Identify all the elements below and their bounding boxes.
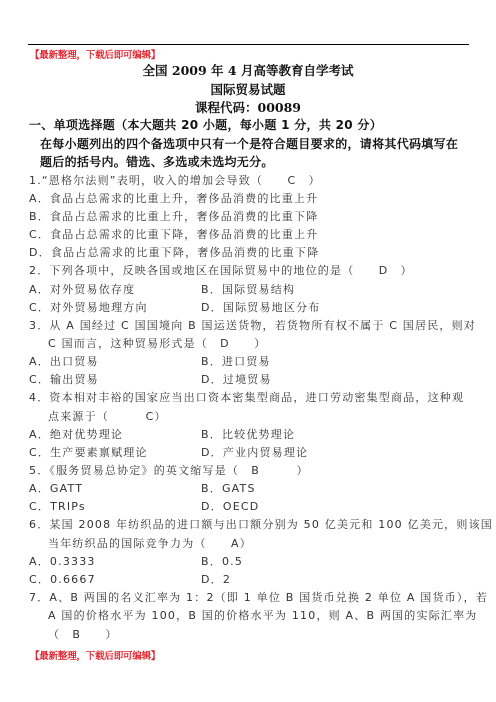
q6-stem-line-1: 6．某国 2008 年纺织品的进口额与出口额分别为 50 亿美元和 100 亿美… bbox=[29, 516, 493, 532]
red-note-bottom: 【最新整理，下载后即可编辑】 bbox=[30, 648, 160, 662]
q2-option-c: C．对外贸易地理方向 bbox=[29, 299, 148, 315]
q2-option-b: B．国际贸易结构 bbox=[201, 281, 295, 297]
q7-stem-line-1: 7．A、B 两国的名义汇率为 1：2（即 1 单位 B 国货币兑换 2 单位 A… bbox=[29, 589, 488, 605]
q3-stem-line-2: C 国而言，这种贸易形式是（ D ） bbox=[48, 335, 266, 351]
q5-option-d: D．OECD bbox=[201, 498, 259, 514]
q4-option-a: A．绝对优势理论 bbox=[29, 426, 123, 442]
q6-stem-line-2: 当年纺织品的国际竞争力为（ A） bbox=[48, 535, 252, 551]
course-code: 课程代码：00089 bbox=[0, 98, 496, 116]
q5-option-a: A．GATT bbox=[29, 480, 83, 496]
instruction-line-1: 在每小题列出的四个备选项中只有一个是符合题目要求的，请将其代码填写在 bbox=[40, 135, 458, 152]
q4-stem-line-2: 点来源于（ C） bbox=[48, 408, 167, 424]
q5-option-b: B．GATS bbox=[201, 480, 256, 496]
q2-option-a: A．对外贸易依存度 bbox=[29, 281, 135, 297]
q4-option-d: D．产业内贸易理论 bbox=[201, 444, 308, 460]
q2-stem: 2．下列各项中，反映各国或地区在国际贸易中的地位的是（ D ） bbox=[29, 262, 413, 278]
q6-option-b: B．0.5 bbox=[201, 553, 243, 569]
exam-title: 全国 2009 年 4 月高等教育自学考试 bbox=[0, 61, 496, 79]
q1-option-b: B．食品占总需求的比重上升，奢侈品消费的比重下降 bbox=[29, 208, 318, 224]
q3-option-a: A．出口贸易 bbox=[29, 353, 99, 369]
q1-option-d: D．食品占总需求的比重下降，奢侈品消费的比重下降 bbox=[29, 244, 319, 260]
q3-option-d: D．过境贸易 bbox=[201, 371, 272, 387]
q1-option-c: C．食品占总需求的比重下降，奢侈品消费的比重上升 bbox=[29, 226, 318, 242]
q4-stem-line-1: 4．资本相对丰裕的国家应当出口资本密集型商品，进口劳动密集型商品，这种观 bbox=[29, 389, 464, 405]
q6-option-c: C．0.6667 bbox=[29, 571, 96, 587]
q6-option-a: A．0.3333 bbox=[29, 553, 96, 569]
q4-option-c: C．生产要素禀赋理论 bbox=[29, 444, 148, 460]
q6-option-d: D．2 bbox=[201, 571, 231, 587]
q3-stem-line-1: 3．从 A 国经过 C 国国境向 B 国运送货物，若货物所有权不属于 C 国居民… bbox=[29, 317, 476, 333]
red-note-top: 【最新整理，下载后即可编辑】 bbox=[30, 47, 160, 61]
q5-option-c: C．TRIPs bbox=[29, 498, 86, 514]
q5-stem: 5．《服务贸易总协定》的英文缩写是（ B ） bbox=[29, 462, 309, 478]
q1-option-a: A．食品占总需求的比重上升，奢侈品消费的比重上升 bbox=[29, 190, 318, 206]
q7-stem-line-2: A 国的价格水平为 100，B 国的价格水平为 110，则 A、B 两国的实际汇… bbox=[48, 607, 478, 623]
header-rule bbox=[28, 44, 469, 45]
q1-stem: 1.“恩格尔法则”表明，收入的增加会导致（ C ） bbox=[29, 172, 321, 188]
q7-stem-line-3: （ B ） bbox=[48, 626, 118, 642]
q4-option-b: B．比较优势理论 bbox=[201, 426, 295, 442]
paper-title: 国际贸易试题 bbox=[0, 80, 496, 98]
q3-option-b: B．进口贸易 bbox=[201, 353, 271, 369]
q2-option-d: D．国际贸易地区分布 bbox=[201, 299, 320, 315]
section-heading: 一、单项选择题（本大题共 20 小题，每小题 1 分，共 20 分） bbox=[29, 116, 382, 133]
q3-option-c: C．输出贸易 bbox=[29, 371, 99, 387]
instruction-line-2: 题后的括号内。错选、多选或未选均无分。 bbox=[40, 153, 274, 170]
